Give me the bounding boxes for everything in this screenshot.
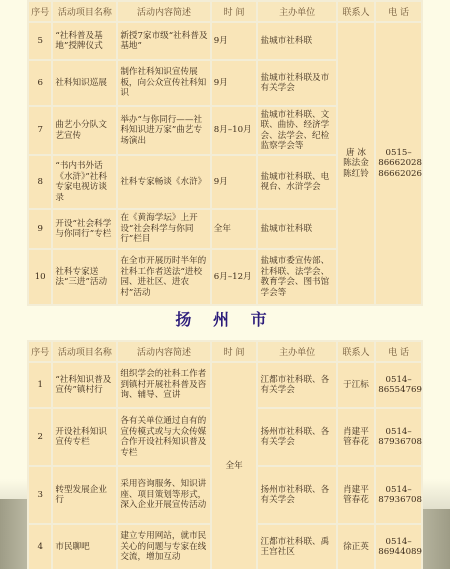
row-org: 盐城市社科联及市有关学会 (258, 61, 335, 105)
header-contact: 联系人 (338, 342, 375, 361)
contact-name: 陈红铃 (340, 169, 373, 180)
phone-line: 0514– (378, 427, 419, 438)
row-phone: 0514– 87936708 (376, 467, 421, 523)
table-row: 1 “社科知识普及宣传”镇村行 组织学会的社科工作者到镇村开展社科普及咨询、辅导… (29, 363, 421, 407)
row-time: 9月 (212, 61, 257, 105)
yancheng-phones: 0515– 86662028 86662026 (376, 23, 421, 304)
contact-name: 陈法金 (340, 158, 373, 169)
row-name: “社科知识普及宣传”镇村行 (53, 363, 116, 407)
row-contact: 肖建平 管春花 (338, 409, 375, 465)
row-name: 开设“社会科学与你同行”专栏 (53, 210, 116, 248)
row-phone: 0514– 87936708 (376, 409, 421, 465)
row-org: 盐城市社科联 (258, 23, 335, 59)
row-content: 组织学会的社科工作者到镇村开展社科普及咨询、辅导、宣讲 (118, 363, 209, 407)
row-content: 举办“与你同行——社科知识进万家”曲艺专场演出 (118, 107, 209, 154)
row-num: 10 (29, 250, 51, 304)
row-name: 社科专家送法“三进”活动 (53, 250, 116, 304)
header-num: 序号 (29, 2, 51, 21)
row-contact: 徐正英 (338, 525, 375, 569)
yancheng-activity-table: 序号 活动项目名称 活动内容简述 时 间 主办单位 联系人 电 话 5 “社科普… (27, 0, 423, 306)
row-num: 1 (29, 363, 51, 407)
row-time: 全年 (212, 210, 257, 248)
row-num: 2 (29, 409, 51, 465)
phone-line: 86662026 (378, 169, 419, 180)
row-num: 6 (29, 61, 51, 105)
row-org: 盐城市社科联、文联、曲协、经济学会、法学会、纪检监察学会等 (258, 107, 335, 154)
row-time: 8月–10月 (212, 107, 257, 154)
phone-line: 0514– (378, 485, 419, 496)
row-content: 各有关单位通过自有的宣传模式或与大众传媒合作开设社科知识普及专栏 (118, 409, 209, 465)
phone-line: 87936708 (378, 495, 419, 506)
phone-line: 0515– (378, 148, 419, 159)
row-time: 9月 (212, 23, 257, 59)
row-org: 盐城市社科联 (258, 210, 335, 248)
yangzhou-activity-table: 序号 活动项目名称 活动内容简述 时 间 主办单位 联系人 电 话 1 “社科知… (27, 340, 423, 569)
row-org: 扬州市社科联、各有关学会 (258, 467, 335, 523)
header-phone: 电 话 (376, 2, 421, 21)
row-contact: 于江标 (338, 363, 375, 407)
row-name: 曲艺小分队文艺宣传 (53, 107, 116, 154)
row-name: “书内书外话《水浒》”社科专家电视访谈录 (53, 156, 116, 208)
row-content: 采用咨询服务、知识讲座、项目策划等形式，深入企业开展宣传活动 (118, 467, 209, 523)
row-content: 制作社科知识宣传展板，向公众宣传社科知识 (118, 61, 209, 105)
phone-line: 86944089 (378, 547, 419, 558)
header-time: 时 间 (212, 342, 257, 361)
city-heading-yangzhou: 扬 州 市 (0, 307, 450, 330)
row-name: 社科知识巡展 (53, 61, 116, 105)
row-name: 开设社科知识宣传专栏 (53, 409, 116, 465)
row-time: 6月–12月 (212, 250, 257, 304)
table-header-row: 序号 活动项目名称 活动内容简述 时 间 主办单位 联系人 电 话 (29, 342, 421, 361)
row-org: 盐城市委宣传部、社科联、法学会、教育学会、图书馆学会等 (258, 250, 335, 304)
row-num: 3 (29, 467, 51, 523)
row-name: 转型发展企业行 (53, 467, 116, 523)
row-content: 在全市开展历时半年的社科工作者送法“进校园、进社区、进农村”活动 (118, 250, 209, 304)
header-time: 时 间 (212, 2, 257, 21)
row-content: 建立专用网站，就市民关心的问题与专家在线交流，增加互动 (118, 525, 209, 569)
header-contact: 联系人 (338, 2, 375, 21)
phone-line: 0514– (378, 537, 419, 548)
row-contact: 肖建平 管春花 (338, 467, 375, 523)
row-org: 扬州市社科联、各有关学会 (258, 409, 335, 465)
row-content: 社科专家畅谈《水浒》 (118, 156, 209, 208)
header-content: 活动内容简述 (118, 2, 209, 21)
row-content: 在《黄海学坛》上开设“社会科学与你同行”栏目 (118, 210, 209, 248)
table-row: 5 “社科普及基地”授牌仪式 新授7家市级“社科普及基地” 9月 盐城市社科联 … (29, 23, 421, 59)
phone-line: 86662028 (378, 158, 419, 169)
header-content: 活动内容简述 (118, 342, 209, 361)
row-phone: 0514– 86944089 (376, 525, 421, 569)
row-num: 7 (29, 107, 51, 154)
header-name: 活动项目名称 (53, 342, 116, 361)
phone-line: 87936708 (378, 437, 419, 448)
row-num: 4 (29, 525, 51, 569)
header-num: 序号 (29, 342, 51, 361)
header-name: 活动项目名称 (53, 2, 116, 21)
row-org: 盐城市社科联、电视台、水浒学会 (258, 156, 335, 208)
row-content: 新授7家市级“社科普及基地” (118, 23, 209, 59)
row-num: 9 (29, 210, 51, 248)
row-org: 江都市社科联、禹王宫社区 (258, 525, 335, 569)
row-time: 9月 (212, 156, 257, 208)
row-name: 市民聊吧 (53, 525, 116, 569)
phone-line: 0514– (378, 375, 419, 386)
header-phone: 电 话 (376, 342, 421, 361)
row-org: 江都市社科联、各有关学会 (258, 363, 335, 407)
phone-line: 86554769 (378, 385, 419, 396)
header-org: 主办单位 (258, 342, 335, 361)
contact-name: 唐 冰 (340, 148, 373, 159)
yancheng-contacts: 唐 冰 陈法金 陈红铃 (338, 23, 375, 304)
row-phone: 0514– 86554769 (376, 363, 421, 407)
row-num: 5 (29, 23, 51, 59)
table-header-row: 序号 活动项目名称 活动内容简述 时 间 主办单位 联系人 电 话 (29, 2, 421, 21)
header-org: 主办单位 (258, 2, 335, 21)
row-time-shared: 全年 (212, 363, 257, 569)
row-num: 8 (29, 156, 51, 208)
row-name: “社科普及基地”授牌仪式 (53, 23, 116, 59)
